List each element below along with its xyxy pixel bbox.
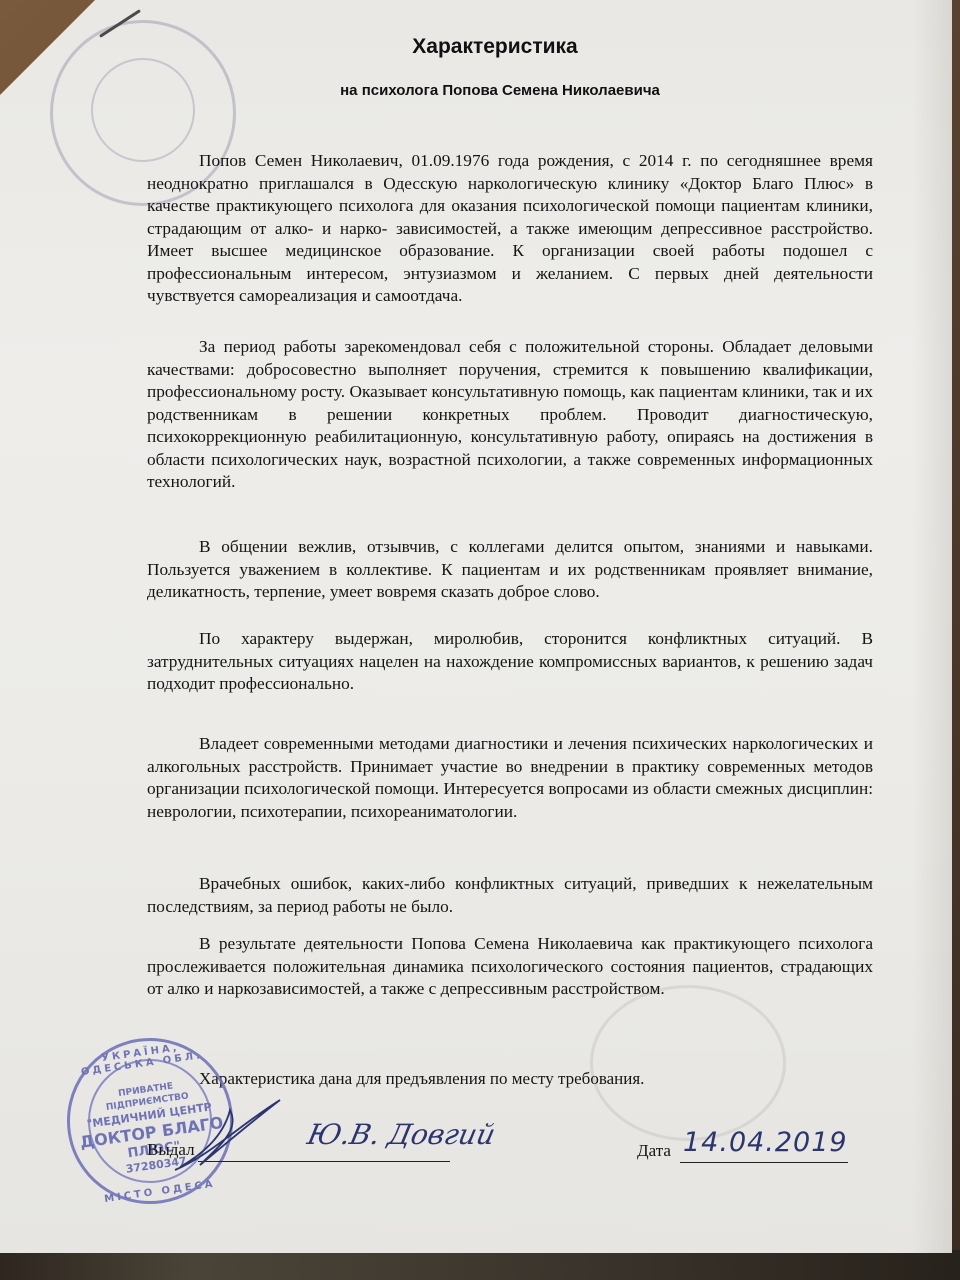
signer-name-handwritten: Ю.В. Довгий: [304, 1118, 498, 1151]
paragraph-5: Владеет современными методами диагностик…: [147, 733, 873, 823]
paragraph-2: За период работы зарекомендовал себя с п…: [147, 336, 873, 494]
faint-stamp-icon: [590, 985, 786, 1141]
page-subtitle: на психолога Попова Семена Николаевича: [0, 82, 960, 99]
date-label: Дата: [637, 1141, 671, 1161]
paragraph-6: Врачебных ошибок, каких-либо конфликтных…: [147, 873, 873, 918]
signature-scribble-icon: [170, 1095, 290, 1175]
paragraph-7: В результате деятельности Попова Семена …: [147, 933, 873, 1001]
paragraph-3: В общении вежлив, отзывчив, с коллегами …: [147, 536, 873, 604]
closing-line: Характеристика дана для предъявления по …: [199, 1069, 644, 1089]
desk-background: [0, 1250, 960, 1280]
paragraph-1: Попов Семен Николаевич, 01.09.1976 года …: [147, 150, 873, 308]
page-title: Характеристика: [0, 35, 960, 59]
date-line: [680, 1162, 848, 1163]
date-value-handwritten: 14.04.2019: [683, 1127, 848, 1158]
paragraph-4: По характеру выдержан, миролюбив, сторон…: [147, 628, 873, 696]
